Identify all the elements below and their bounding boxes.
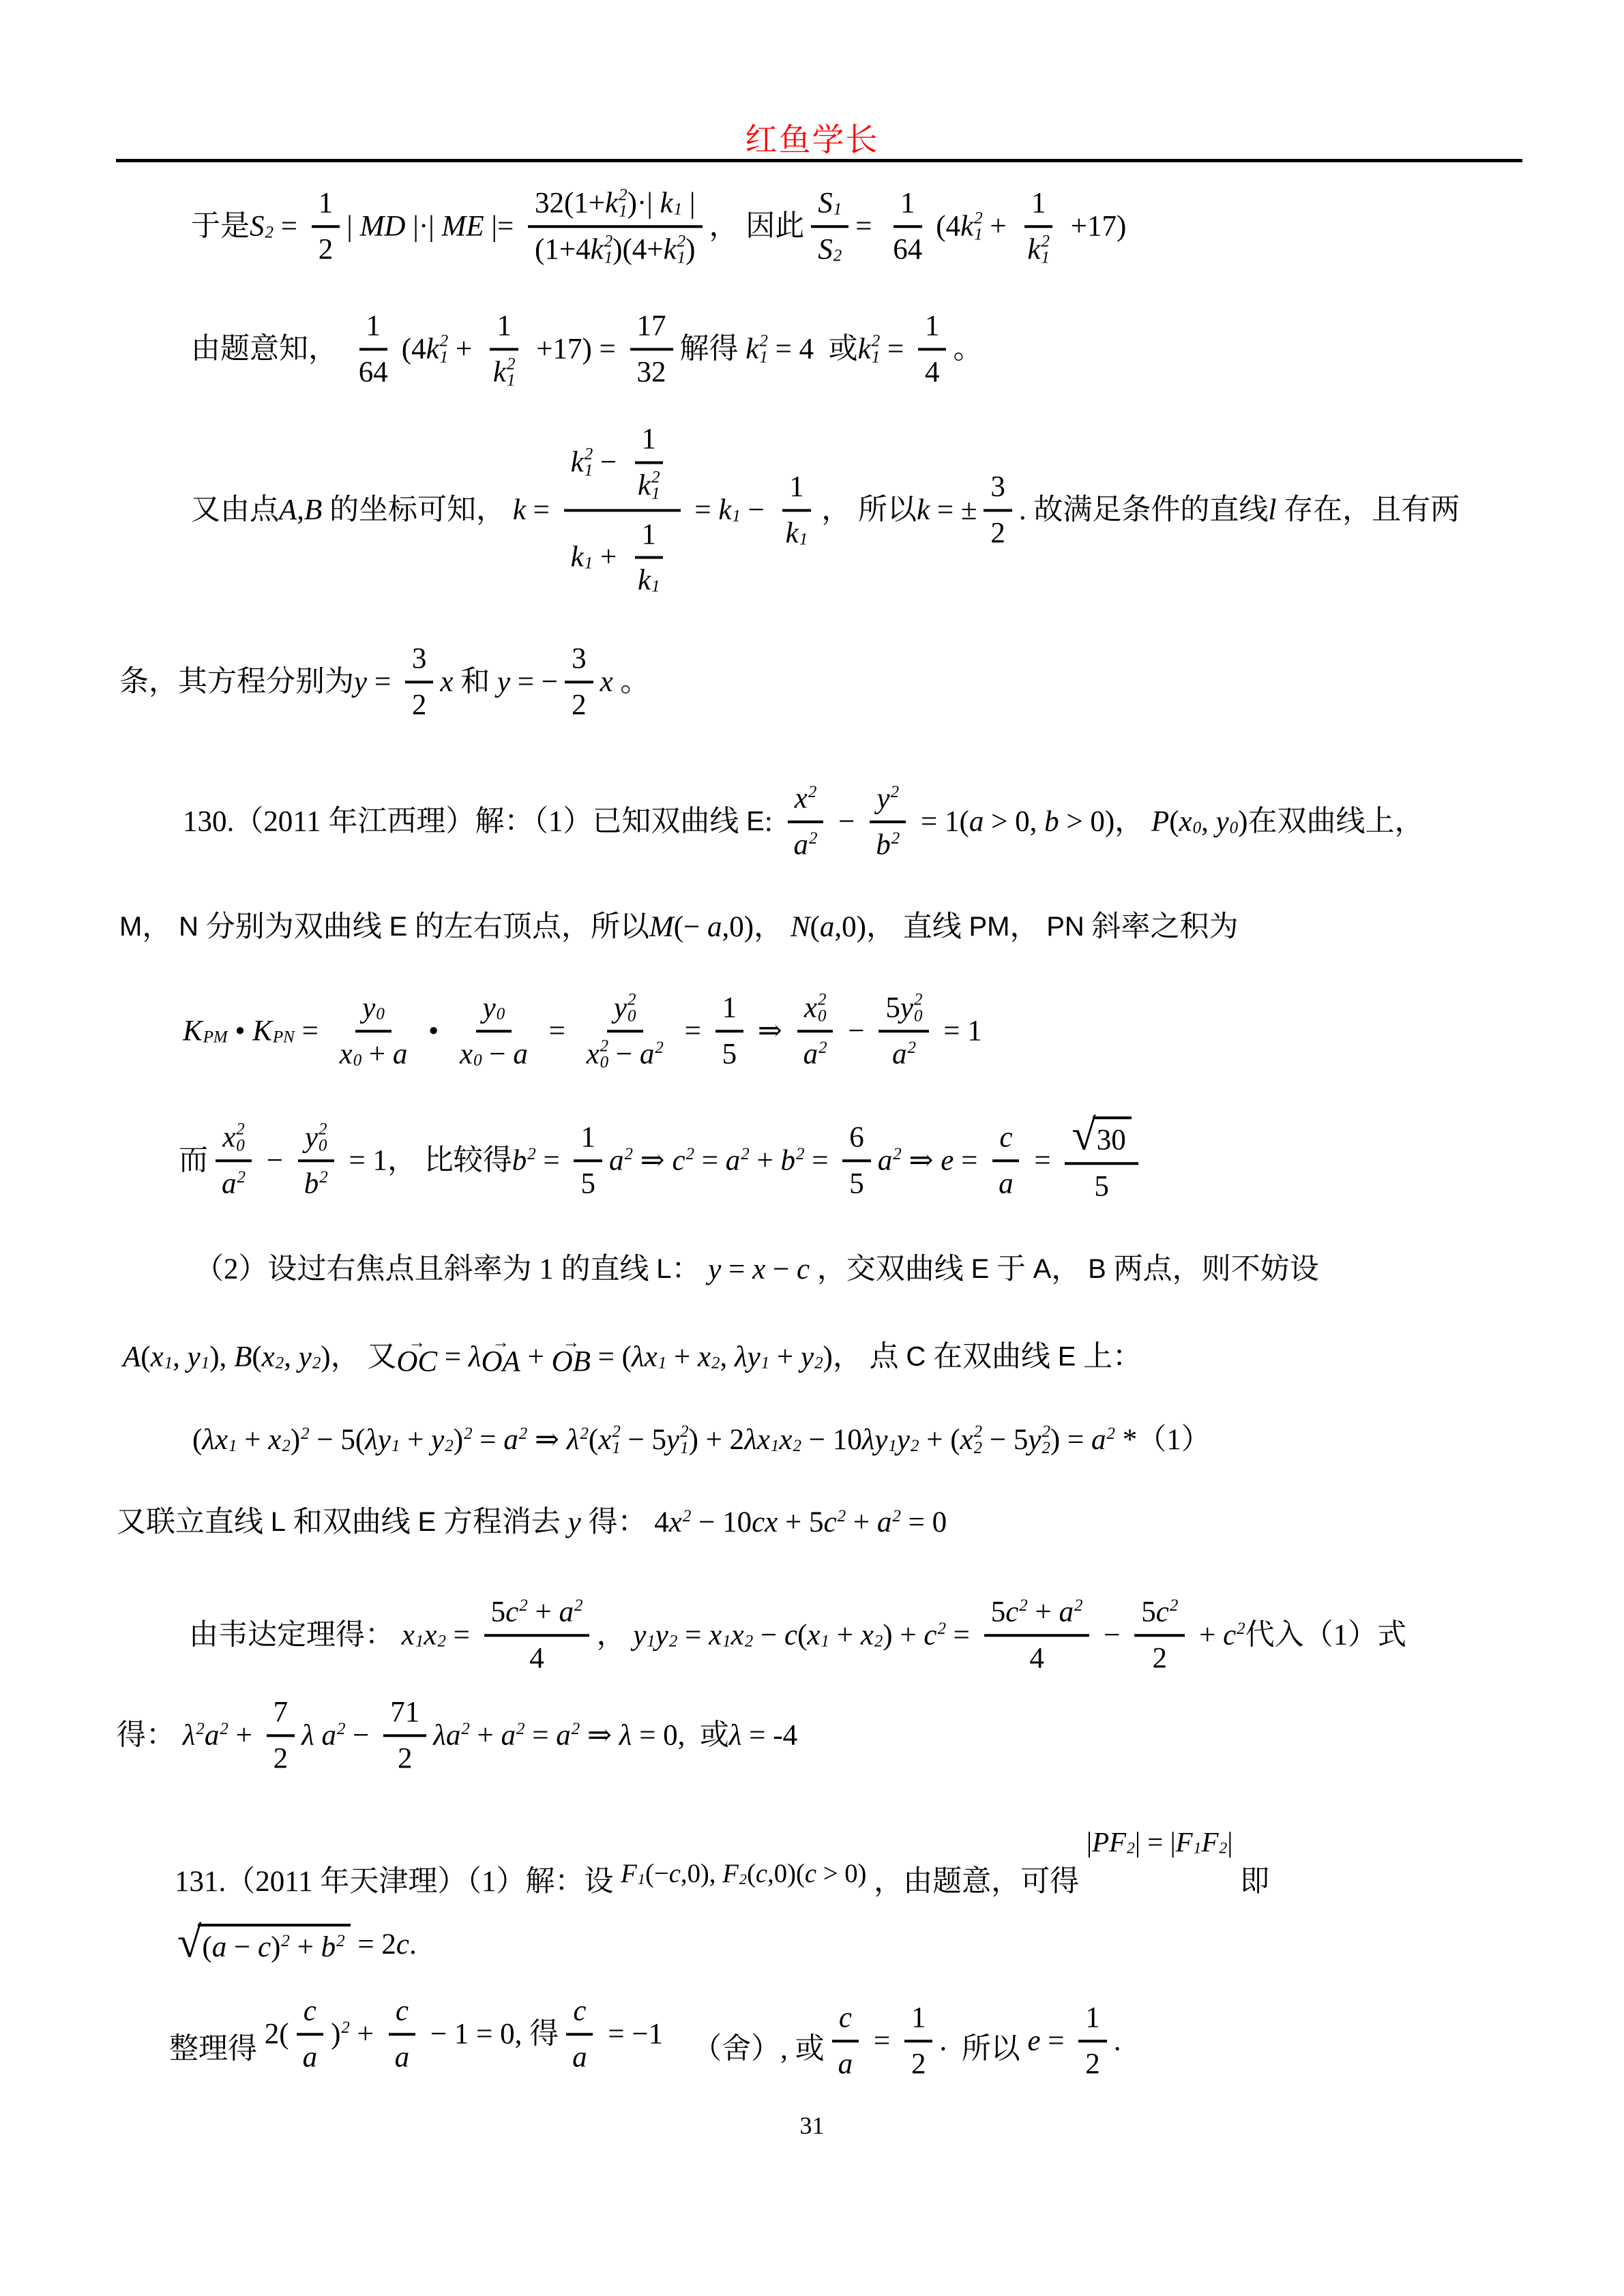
math-variable: λ [433,1717,446,1754]
math-text: 2 [990,515,1005,552]
math-variable: S [818,185,833,222]
math-text: ) = [1050,1422,1091,1459]
scripts: 2 [461,1721,469,1738]
math-variable: y [497,664,510,700]
fraction: 32 [405,639,434,725]
math-text: = [954,1142,985,1179]
scripts: 0 [497,1006,505,1022]
superscript: 2 [319,1169,327,1186]
math-variable: y [299,1339,312,1375]
numerator: 1 [1024,183,1053,228]
scripts: 1 [732,508,740,524]
math-variable: y [874,1422,887,1459]
scripts: 21 [651,469,660,501]
math-text: + 5 [778,1504,823,1541]
math-variable: S [818,231,833,268]
scripts: 1 [1194,1840,1202,1856]
scripts: 2 [337,1721,345,1738]
scripts: 2 [580,1426,588,1442]
math-text: = [946,1617,977,1654]
subscript: 2 [974,1440,982,1457]
scripts: 20 [236,1121,244,1153]
math-text: 即 [1232,1864,1269,1900]
denominator: a2 [797,1032,834,1074]
denominator: (1+4k21)(4+k21) [528,228,702,269]
subscript: 1 [759,349,767,366]
math-variable: l [1268,492,1276,528]
math-text: 1 [497,308,512,344]
subscript: 1 [674,201,682,218]
math-variable: y [655,1617,668,1654]
subscript: 1 [658,1355,666,1371]
numerator: 1 [359,306,388,351]
math-variable: c [784,1617,797,1654]
math-text: . [409,1926,417,1963]
math-variable: a [205,1717,220,1754]
scripts: 2 [907,1040,915,1056]
math-text: *（1） [1115,1422,1211,1459]
math-text: ( [589,1422,598,1459]
scripted-variable: k21 [745,331,768,368]
scripted-variable: k21 [605,185,628,222]
scripted-variable: x0 [1179,803,1202,840]
fraction: 5c22 [1134,1592,1185,1678]
math-variable: y [666,1422,679,1459]
scripts: 2 [838,1508,846,1525]
scripts: 21 [1042,233,1050,265]
math-text: + [983,208,1014,245]
fraction: x20a2 [215,1118,252,1204]
upright-label: E [1058,1340,1076,1374]
math-text: (4 [936,208,960,245]
fraction: 164 [352,306,395,392]
math-text: . 故满足条件的直线 [1019,492,1269,528]
math-variable: a [878,1142,893,1179]
math-variable: c [805,1858,816,1890]
scripts: 21 [440,333,448,365]
math-text: + [470,1717,501,1754]
math-text: = −1 [601,2016,664,2053]
math-text: 1 [900,185,915,222]
math-text: ， 所以 [821,492,917,528]
superscript: 2 [461,1721,469,1738]
scripted-variable: S1 [818,185,842,222]
superscript: 2 [974,210,982,226]
math-text: 于 [989,1251,1033,1288]
line-slope-k-derivation: 又由点A,B 的坐标可知， k = k21 − 1k21k1 + 1k1 = k… [191,419,1460,602]
scripts: 21 [507,356,515,388]
math-text: 上： [1076,1339,1142,1375]
scripted-variable: k21 [638,467,660,504]
fraction: √305 [1065,1115,1138,1206]
scripts: 2 [683,1508,691,1525]
scripts: 1 [799,531,808,548]
math-text: + [1192,1617,1223,1654]
math-text: = [866,2023,898,2059]
subscript: 2 [669,1633,677,1650]
scripted-variable: x2 [698,1339,720,1375]
math-text: 2 [398,1740,413,1777]
math-text: ) [291,1422,300,1459]
scripts: 0 [1230,820,1238,836]
math-text: + [448,331,479,368]
line-kpm-kpn-product: KPM • KPN = y0x0 + a • y0x0 − a = y20x20… [183,988,982,1074]
math-text: . [939,2023,947,2059]
numerator: c [992,1118,1019,1162]
math-variable: k [513,492,526,528]
scripted-variable: a2 [222,1165,246,1202]
math-variable: c [1005,1594,1018,1630]
scripted-variable: λ2 [567,1422,589,1459]
numerator: 1 [782,467,811,511]
math-text: )， 又 [321,1339,396,1375]
upright-label: E [389,910,407,944]
scripted-variable: k21 [664,231,686,268]
scripts: 21 [677,233,685,265]
scripted-variable: x20 [804,989,827,1026]
upright-label: E [971,1253,990,1287]
scripts: 20 [818,992,826,1024]
superscript: 2 [759,333,767,349]
scripts: 2 [814,1355,823,1371]
math-variable: k [1027,231,1040,268]
scripted-variable: a2 [1091,1422,1115,1459]
math-variable: k [786,515,799,552]
upright-label: L [656,1253,671,1287]
subscript: 2 [437,1633,445,1650]
fraction: 5c2 + a24 [484,1592,590,1678]
math-text: 4 [925,354,940,391]
scripts: 2 [196,1721,204,1738]
math-text: 在双曲线 [926,1339,1058,1375]
scripts: 2 [319,1169,327,1186]
math-variable: c [839,1999,852,2036]
upright-label: A [1033,1253,1052,1287]
math-variable: c [797,1251,810,1288]
subscript: 1 [833,201,842,218]
scripts: 2 [1074,1598,1082,1614]
numerator: 6 [842,1118,871,1162]
denominator: b2 [869,823,906,865]
subscript: 0 [1230,820,1238,836]
numerator: 71 [383,1693,426,1737]
vector: →OC [396,1337,437,1376]
math-text: = [473,1422,504,1459]
math-variable: c [999,1119,1012,1156]
scripted-variable: S2 [818,231,842,268]
scripted-variable: a2 [205,1717,228,1754]
scripted-variable: y20 [614,989,636,1026]
math-variable: y [708,1251,721,1288]
math-variable: c [505,1594,518,1630]
math-variable: y [362,989,375,1026]
scripts: 2 [1237,1621,1245,1637]
math-text: ), [209,1339,234,1375]
scripts: 20 [628,992,636,1024]
math-variable: k [571,539,584,576]
math-text: 2 [319,231,334,268]
numerator: 7 [267,1693,295,1737]
math-variable: x [698,1339,711,1375]
scripted-variable: y1 [748,1339,770,1375]
math-text: 32 [637,354,666,391]
math-text: 。 [613,664,650,700]
math-text: = [880,331,911,368]
fraction: 1732 [630,306,673,392]
math-text: + [237,1422,269,1459]
scripted-variable: k21 [591,231,613,268]
math-text: ⇒ [580,1717,619,1754]
numerator: 1 [490,306,518,351]
scripted-variable: c2 [924,1617,946,1654]
scripts: 1 [392,1438,400,1455]
math-text: (− [645,1858,669,1890]
denominator: S2 [811,228,848,269]
subscript: 1 [888,1438,896,1455]
math-variable: k [638,563,651,599]
scripts: 1 [722,1633,730,1650]
math-variable: k [917,492,930,528]
superscript: 2 [612,1424,620,1440]
math-variable: λ [632,1339,645,1375]
upright-label: E [746,805,765,839]
subscript: 1 [619,203,627,220]
math-variable: c [924,1617,936,1654]
subscript: PN [273,1029,295,1045]
math-text: • [421,1013,446,1049]
superscript: 2 [651,469,660,486]
superscript: 2 [337,1721,345,1738]
math-text: − [1096,1617,1127,1654]
math-variable: x [262,1339,275,1375]
line-expanded-equation-1: (λx1 + x2)2 − 5(λy1 + y2)2 = a2 ⇒ λ2(x21… [192,1422,1211,1459]
math-text: + [290,1929,321,1966]
math-text: 和双曲线 [286,1504,418,1541]
math-text: + [829,1617,861,1654]
superscript: 2 [914,992,922,1008]
subscript: 2 [282,1438,290,1455]
math-text: = 1 [936,1013,981,1049]
denominator: 4 [1022,1637,1051,1678]
math-text: = [274,208,305,245]
math-text: ⇒ [902,1142,941,1179]
scripts: 1 [647,1633,655,1650]
subscript: 1 [799,531,808,548]
scripts: 21 [872,333,880,365]
scripted-variable: b2 [876,826,900,863]
math-variable: a [794,826,809,863]
math-text: 71 [390,1694,419,1731]
math-variable: x [587,1036,600,1073]
math-variable: a [838,2046,853,2083]
math-text: | = | [1135,1825,1176,1860]
math-variable: y [900,989,913,1026]
math-variable: K [183,1013,203,1049]
math-variable: a [556,1717,571,1754]
math-variable: a [321,1717,336,1754]
superscript: 2 [619,187,627,203]
numerator: y0 [476,988,512,1032]
math-text: − [259,1142,291,1179]
square-root: √30 [1072,1116,1131,1159]
math-variable: x [757,1422,770,1459]
denominator: 2 [1078,2042,1107,2084]
math-text: ) [331,2016,340,2053]
fraction: 1k21 [1020,183,1057,269]
radical-icon: √ [1072,1117,1095,1154]
math-variable: x [268,1422,281,1459]
denominator: a2 [885,1032,923,1074]
math-text: + [361,1036,393,1073]
math-text: 得： 4 [581,1504,669,1541]
subscript: 1 [201,1355,209,1371]
math-text: ⇒ [527,1422,567,1459]
scripted-variable: a2 [726,1142,750,1179]
superscript: 2 [1170,1598,1178,1614]
math-text: +17) = [529,331,623,368]
scripted-variable: y1 [378,1422,400,1459]
math-text: = [688,492,719,528]
scripts: 2 [265,224,274,241]
math-variable: k [718,492,731,528]
scripted-variable: k21 [1027,231,1050,268]
math-text: 4 [529,1640,544,1677]
upright-label: M [119,910,142,944]
math-text: 5 [580,1165,595,1202]
math-text: − [765,1251,797,1288]
math-variable: x [669,1504,682,1541]
scripts: 2 [220,1721,228,1738]
math-variable: k [858,331,871,368]
math-variable: x [731,1617,744,1654]
superscript: 2 [907,1040,915,1056]
scripts: 1 [228,1438,237,1455]
superscript: 2 [741,1146,749,1163]
scripts: 2 [237,1169,246,1186]
numerator: 1 [312,183,340,228]
math-text: ， [1051,1251,1088,1288]
scripted-variable: k21 [493,354,516,391]
superscript: 2 [507,356,515,372]
math-text: 2 [274,1740,289,1777]
math-variable: a [1091,1422,1106,1459]
math-variable: B [234,1339,252,1375]
scripted-variable: a2 [556,1717,580,1754]
fraction: 1k1 [779,467,815,553]
scripted-variable: y2 [299,1339,321,1375]
math-variable: PF [1092,1825,1126,1860]
scripted-variable: c2 [824,1504,846,1541]
math-text: = [721,1251,752,1288]
fraction: 12 [1078,1998,1107,2084]
subscript: 2 [911,1438,919,1455]
math-variable: b [876,826,891,863]
subscript: 1 [638,1872,645,1886]
math-variable: x [460,1036,473,1073]
scripted-variable: x1 [151,1339,173,1375]
math-text: = 4 或 [768,331,858,368]
math-variable: k [638,467,651,504]
subscript: 1 [612,1440,620,1457]
math-variable: k [605,185,618,222]
math-variable: a [999,1165,1014,1202]
math-variable: λ [567,1422,580,1459]
scripted-variable: y0 [1216,803,1239,840]
math-variable: λ [862,1422,875,1459]
denominator: 2 [267,1737,295,1778]
math-text: . [1114,2023,1121,2059]
math-text: = 1( [913,803,969,840]
math-text: 1 [911,1999,926,2036]
math-text: ) [454,1422,463,1459]
line-sqrt-equation: √(a − c)2 + b2 = 2c. [177,1924,417,1966]
scripted-variable: x21 [598,1422,621,1459]
fraction: x20a2 [797,988,834,1074]
math-text: 方程消去 [436,1504,568,1541]
scripted-variable: y2 [801,1339,823,1375]
math-text: = [295,1013,326,1049]
fraction: y0x0 − a [453,988,535,1074]
math-text: − [226,1929,258,1966]
scripts: 2 [1170,1598,1178,1614]
math-text: = [677,1013,709,1049]
math-variable: a [501,1717,516,1754]
subscript: 2 [445,1438,453,1455]
superscript: 2 [516,1721,525,1738]
math-text: 的坐标可知， [322,492,513,528]
math-text: > 0, [984,803,1044,840]
scripts: 2 [464,1426,472,1442]
math-text: + [228,1717,260,1754]
math-variable: x [215,1422,228,1459]
scripts: 2 [809,831,817,847]
superscript: 2 [604,233,612,250]
fraction: y20b2 [297,1118,335,1204]
math-text: 解得 [680,331,746,368]
math-text: − [741,492,772,528]
subscript: 1 [228,1438,237,1455]
math-variable: F [1176,1825,1193,1860]
fraction: 32(1+k21)·| k1 |(1+4k21)(4+k21) [528,183,703,269]
denominator: k1 + 1k1 [564,511,681,602]
math-variable: c [1223,1617,1236,1654]
scripted-variable: a2 [640,1036,664,1073]
superscript: 2 [683,1508,691,1525]
math-text: 所以 [947,2031,1027,2068]
math-variable: λ [619,1717,632,1754]
math-text: • [228,1013,253,1049]
math-variable: OB [552,1347,591,1377]
subscript: 2 [265,224,274,241]
math-text: 和 [453,664,497,700]
scripted-variable: a2 [803,1036,827,1073]
subscript: 2 [1219,1840,1227,1856]
math-text: 斜率之积为 [1084,909,1239,946]
numerator: c [566,1991,593,2036]
scripted-variable: x2 [424,1617,446,1654]
upright-label: L [271,1506,286,1540]
math-variable: x [861,1617,874,1654]
math-text: 1 [642,421,657,458]
math-variable: λ [744,1422,757,1459]
scripted-variable: k1 [638,563,660,599]
scripts: 2 [282,1438,290,1455]
scripts: 21 [604,233,612,265]
superscript: 2 [891,831,900,847]
scripted-variable: a2 [794,826,818,863]
subscript: PM [203,1029,228,1045]
math-text: )， 点 [823,1339,906,1375]
